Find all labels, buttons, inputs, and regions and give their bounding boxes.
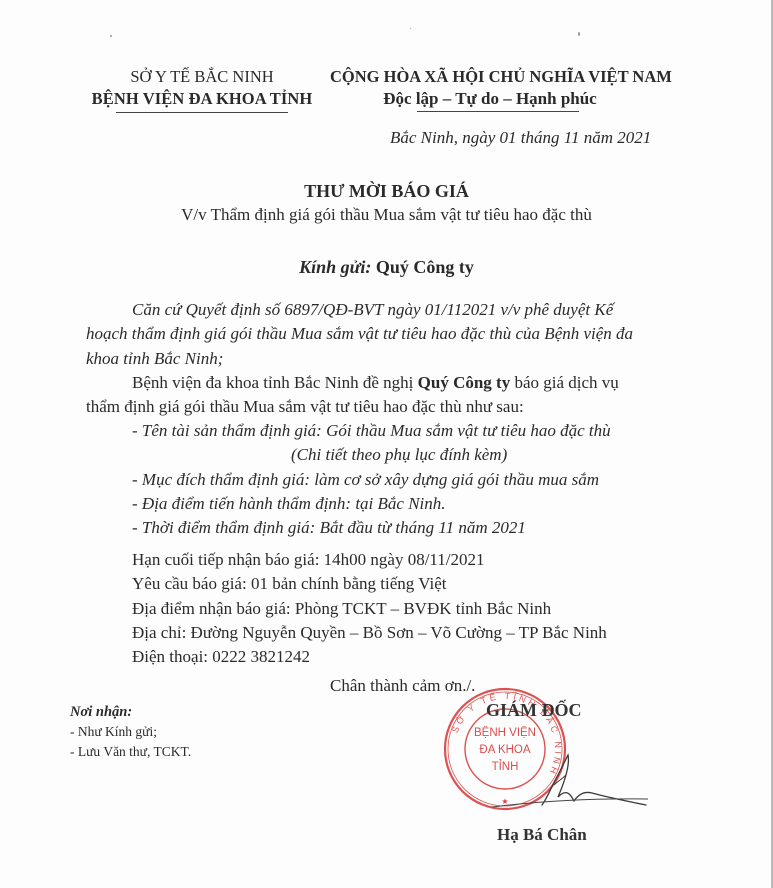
recipients-heading: Nơi nhận: bbox=[70, 702, 191, 722]
signature-underline-icon bbox=[490, 795, 650, 809]
greeting: Kính gửi: Quý Công ty bbox=[0, 257, 773, 278]
motto: Độc lập – Tự do – Hạnh phúc bbox=[330, 88, 650, 110]
document-title: THƯ MỜI BÁO GIÁ bbox=[0, 181, 773, 202]
date-line: Bắc Ninh, ngày 01 tháng 11 năm 2021 bbox=[390, 128, 651, 148]
valuation-items: - Tên tài sản thẩm định giá: Gói thầu Mu… bbox=[86, 419, 611, 540]
list-item: - Tên tài sản thẩm định giá: Gói thầu Mu… bbox=[86, 419, 611, 443]
list-item-note: (Chi tiết theo phụ lục đính kèm) bbox=[86, 443, 611, 467]
requirement: Yêu cầu báo giá: 01 bản chính bằng tiếng… bbox=[86, 572, 607, 596]
greeting-recipient: Quý Công ty bbox=[376, 257, 474, 277]
request-line: Bệnh viện đa khoa tỉnh Bắc Ninh đề nghị … bbox=[86, 371, 619, 395]
request-text: Bệnh viện đa khoa tỉnh Bắc Ninh đề nghị bbox=[132, 373, 418, 392]
scan-speck bbox=[110, 35, 112, 37]
recipient-item: - Như Kính gửi; bbox=[70, 722, 191, 742]
basis-line: Căn cứ Quyết định số 6897/QĐ-BVT ngày 01… bbox=[86, 298, 633, 322]
deadline: Hạn cuối tiếp nhận báo giá: 14h00 ngày 0… bbox=[86, 548, 607, 572]
basis-paragraph: Căn cứ Quyết định số 6897/QĐ-BVT ngày 01… bbox=[86, 298, 633, 371]
country-name: CỘNG HÒA XÃ HỘI CHỦ NGHĨA VIỆT NAM bbox=[330, 66, 650, 88]
list-item: - Địa điểm tiến hành thẩm định: tại Bắc … bbox=[86, 492, 611, 516]
phone: Điện thoại: 0222 3821242 bbox=[86, 645, 607, 669]
national-motto: CỘNG HÒA XÃ HỘI CHỦ NGHĨA VIỆT NAM Độc l… bbox=[330, 66, 650, 112]
receiving-location: Địa điểm nhận báo giá: Phòng TCKT – BVĐK… bbox=[86, 597, 607, 621]
basis-line: khoa tỉnh Bắc Ninh; bbox=[86, 347, 633, 371]
svg-text:TỈNH: TỈNH bbox=[492, 760, 519, 773]
hospital-name: BỆNH VIỆN ĐA KHOA TỈNH bbox=[82, 88, 322, 110]
scan-speck bbox=[410, 28, 411, 29]
scan-speck bbox=[578, 32, 580, 36]
quote-details: Hạn cuối tiếp nhận báo giá: 14h00 ngày 0… bbox=[86, 548, 607, 669]
address: Địa chỉ: Đường Nguyễn Quyền – Bồ Sơn – V… bbox=[86, 621, 607, 645]
request-text: báo giá dịch vụ bbox=[510, 373, 619, 392]
basis-line: hoạch thẩm định giá gói thầu Mua sắm vật… bbox=[86, 322, 633, 346]
list-item: - Mục đích thẩm định giá: làm cơ sở xây … bbox=[86, 468, 611, 492]
header-right-underline bbox=[417, 111, 579, 112]
request-recipient: Quý Công ty bbox=[418, 373, 511, 392]
issuing-authority: SỞ Y TẾ BẮC NINH BỆNH VIỆN ĐA KHOA TỈNH bbox=[82, 66, 322, 113]
request-paragraph: Bệnh viện đa khoa tỉnh Bắc Ninh đề nghị … bbox=[86, 371, 619, 420]
request-line: thẩm định giá gói thầu Mua sắm vật tư ti… bbox=[86, 395, 619, 419]
signer-name: Hạ Bá Chân bbox=[497, 825, 587, 845]
greeting-label: Kính gửi: bbox=[299, 257, 371, 277]
svg-text:ĐA KHOA: ĐA KHOA bbox=[479, 744, 530, 756]
recipients-block: Nơi nhận: - Như Kính gửi; - Lưu Văn thư,… bbox=[70, 702, 191, 762]
list-item: - Thời điểm thẩm định giá: Bắt đầu từ th… bbox=[86, 516, 611, 540]
signatory-title: GIÁM ĐỐC bbox=[486, 700, 582, 721]
recipient-item: - Lưu Văn thư, TCKT. bbox=[70, 742, 191, 762]
document-subject: V/v Thẩm định giá gói thầu Mua sắm vật t… bbox=[0, 205, 773, 225]
svg-text:BỆNH VIỆN: BỆNH VIỆN bbox=[474, 726, 536, 739]
scanned-letter-page: SỞ Y TẾ BẮC NINH BỆNH VIỆN ĐA KHOA TỈNH … bbox=[0, 0, 773, 888]
header-left-underline bbox=[116, 112, 288, 113]
department-name: SỞ Y TẾ BẮC NINH bbox=[82, 66, 322, 88]
